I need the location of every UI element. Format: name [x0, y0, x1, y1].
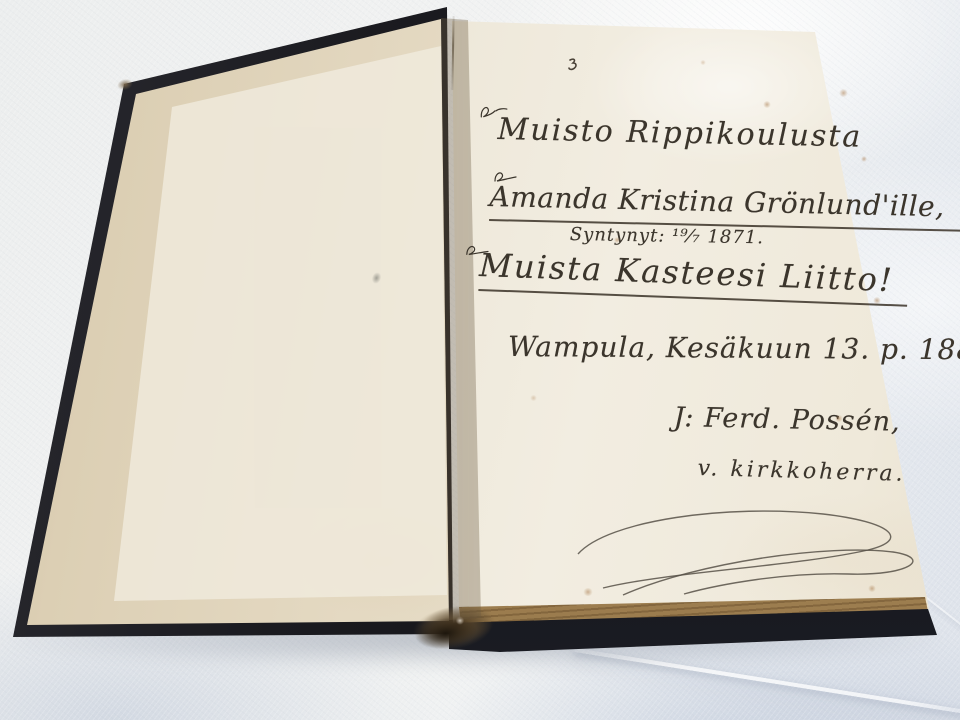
foxing-spot — [614, 237, 620, 243]
photo-open-antique-book: Muisto Rippikoulusta Amanda Kristina Grö… — [0, 0, 960, 720]
foxing-spot — [873, 297, 881, 304]
inscription-line-signature: J: Ferd. Possén, — [673, 402, 901, 438]
inscription-line-place-date: Wampula, Kesäkuun 13. p. 1886. — [508, 330, 960, 366]
foxing-spot — [530, 395, 537, 401]
foxing-spot — [868, 585, 876, 592]
foxing-spot — [700, 60, 706, 65]
inscription-line-dedication: Muisto Rippikoulusta — [497, 112, 862, 155]
inscription-line-birthdate: Syntynyt: ¹⁹⁄₇ 1871. — [570, 224, 765, 248]
pen-flourish-mark — [464, 241, 495, 261]
foxing-spot — [763, 101, 771, 108]
inscription-line-recipient: Amanda Kristina Grönlund'ille, — [489, 180, 960, 232]
foxing-spot — [583, 588, 593, 596]
inscription-line-signer-title: v. kirkkoherra. — [697, 456, 906, 487]
inscription-line-exhortation: Muista Kasteesi Liitto! — [478, 246, 908, 307]
signature-flourish-swirl — [548, 492, 948, 600]
foxing-spot — [839, 89, 848, 97]
foxing-spot — [861, 156, 867, 162]
pen-flourish-mark — [477, 101, 510, 123]
foxing-spot — [835, 415, 843, 422]
handwritten-inscription: Muisto Rippikoulusta Amanda Kristina Grö… — [0, 0, 960, 720]
pen-flourish-mark — [492, 168, 522, 186]
ink-speck — [566, 56, 580, 74]
